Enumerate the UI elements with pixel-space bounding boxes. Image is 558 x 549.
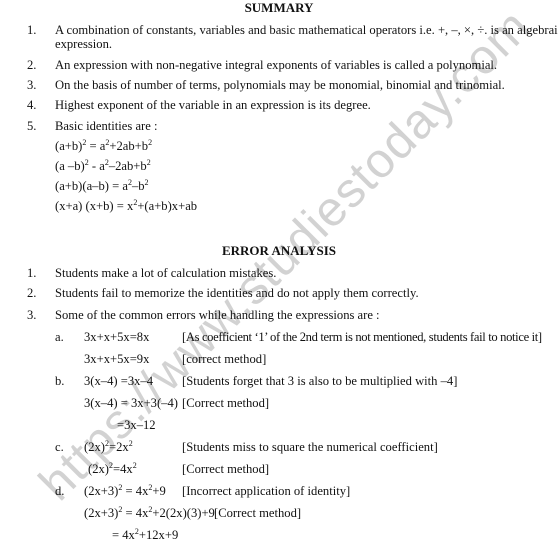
error-item-number: 1. [27,266,36,281]
wrong-expression: 3(x–4) =3x–4 [84,374,153,389]
correct-note: [Correct method] [182,462,269,477]
summary-item-number: 3. [27,78,36,93]
correct-expression: 3(x–4) = 3x+3(–4) [84,396,178,411]
summary-item-text: On the basis of number of terms, polynom… [55,78,505,93]
summary-heading: SUMMARY [0,0,558,15]
summary-item-number: 2. [27,58,36,73]
identity: (a –b)2 - a2–2ab+b2 [55,159,151,174]
error-letter: b. [55,374,64,389]
summary-item-text: Basic identities are : [55,119,157,134]
summary-item-text: Highest exponent of the variable in an e… [55,98,371,113]
identity: (x+a) (x+b) = x2+(a+b)x+ab [55,199,197,214]
summary-item-text: A combination of constants, variables an… [55,23,558,38]
wrong-note: [Students miss to square the numerical c… [182,440,438,455]
correct-expression: (2x)2=4x2 [88,462,137,477]
error-letter: a. [55,330,64,345]
error-letter: c. [55,440,64,455]
wrong-note: [Students forget that 3 is also to be mu… [182,374,457,389]
result-expression: = 4x2+12x+9 [112,528,178,543]
error-item-text: Students make a lot of calculation mista… [55,266,276,281]
error-item-text: Some of the common errors while handling… [55,308,380,323]
identity: (a+b)(a–b) = a2–b2 [55,179,149,194]
correct-note: [Correct method] [214,506,301,521]
error-item-text: Students fail to memorize the identities… [55,286,419,301]
summary-item-number: 5. [27,119,36,134]
summary-item-number: 1. [27,23,36,38]
correct-note: [Correct method] [182,396,269,411]
wrong-note: [As coefficient ‘1’ of the 2nd term is n… [182,330,542,345]
summary-item-text-cont: expression. [55,37,112,52]
wrong-expression: (2x)2=2x2 [84,440,133,455]
identity: (a+b)2 = a2+2ab+b2 [55,139,152,154]
error-item-number: 3. [27,308,36,323]
error-item-number: 2. [27,286,36,301]
summary-item-text: An expression with non-negative integral… [55,58,497,73]
error-letter: d. [55,484,64,499]
correct-expression: (2x+3)2 = 4x2+2(2x)(3)+9 [84,506,215,521]
correct-note: [correct method] [182,352,266,367]
correct-expression: 3x+x+5x=9x [84,352,149,367]
result-expression: =3x–12 [117,418,156,433]
wrong-expression: (2x+3)2 = 4x2+9 [84,484,166,499]
summary-item-number: 4. [27,98,36,113]
wrong-note: [Incorrect application of identity] [182,484,350,499]
error-analysis-heading: ERROR ANALYSIS [0,243,558,258]
wrong-expression: 3x+x+5x=8x [84,330,149,345]
